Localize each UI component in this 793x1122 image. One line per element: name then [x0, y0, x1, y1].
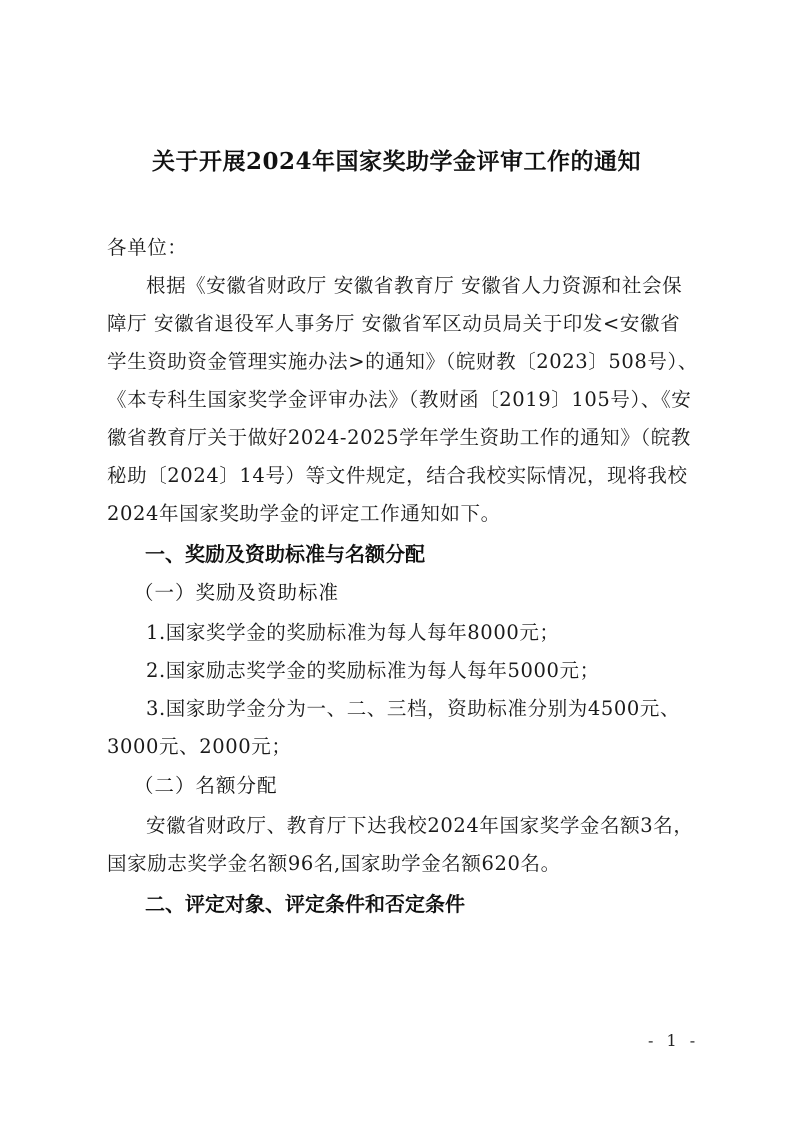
quota-line-2: 国家励志奖学金名额96名,国家助学金名额620名。 [107, 848, 561, 876]
intro-line-4: 《本专科生国家奖学金评审办法》（教财函〔2019〕105号）、《安 [107, 384, 691, 412]
standard-item-3-cont: 3000元、2000元； [107, 731, 291, 759]
section-1-heading: 一、奖励及资助标准与名额分配 [145, 538, 425, 567]
intro-line-6: 秘助〔2024〕14号）等文件规定，结合我校实际情况，现将我校 [107, 460, 688, 488]
document-page: 关于开展2024年国家奖助学金评审工作的通知 各单位： 根据《安徽省财政厅 安徽… [0, 0, 793, 1122]
section-2-heading: 二、评定对象、评定条件和否定条件 [145, 888, 465, 917]
intro-line-2: 障厅 安徽省退役军人事务厅 安徽省军区动员局关于印发<安徽省 [107, 308, 680, 336]
intro-line-3: 学生资助资金管理实施办法>的通知》（皖财教〔2023〕508号）、 [107, 346, 698, 374]
quota-line-1: 安徽省财政厅、教育厅下达我校2024年国家奖学金名额3名， [146, 810, 693, 838]
document-title: 关于开展2024年国家奖助学金评审工作的通知 [0, 143, 793, 176]
salutation: 各单位： [107, 232, 187, 260]
standard-item-2: 2.国家励志奖学金的奖励标准为每人每年5000元； [146, 655, 600, 683]
subsection-2-heading: （二）名额分配 [134, 770, 278, 798]
page-number: - 1 - [648, 1031, 699, 1050]
intro-line-5: 徽省教育厅关于做好2024-2025学年学生资助工作的通知》（皖教 [107, 422, 691, 450]
intro-line-7: 2024年国家奖助学金的评定工作通知如下。 [107, 498, 501, 526]
standard-item-1: 1.国家奖学金的奖励标准为每人每年8000元； [146, 617, 560, 645]
subsection-1-heading: （一）奖励及资助标准 [134, 577, 339, 605]
standard-item-3: 3.国家助学金分为一、二、三档，资助标准分别为4500元、 [146, 693, 680, 721]
intro-line-1: 根据《安徽省财政厅 安徽省教育厅 安徽省人力资源和社会保 [146, 270, 682, 298]
